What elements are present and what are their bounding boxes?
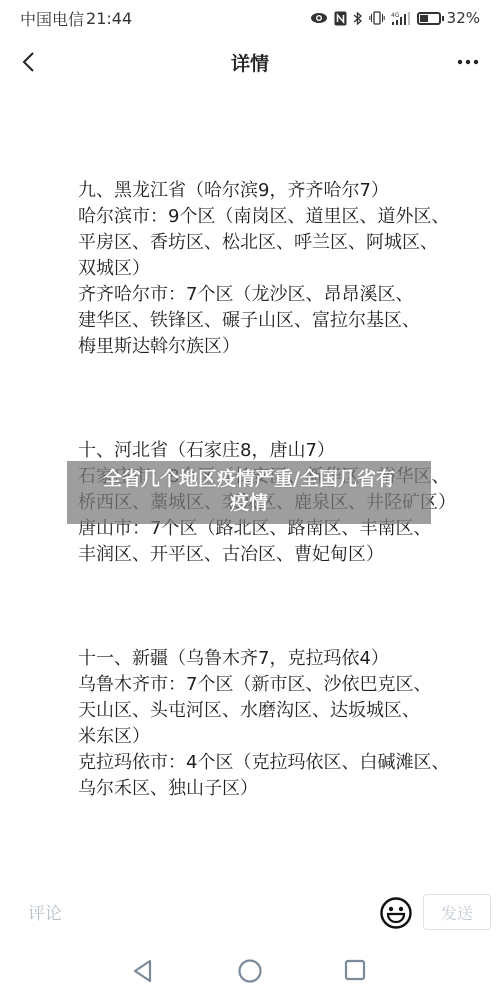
status-right: 4G 32% [310, 9, 480, 27]
send-button[interactable]: 发送 [423, 894, 491, 930]
text-line: 米东区） [78, 724, 488, 750]
overlay-title-banner: 全省几个地区疫情严重/全国几省有 疫情 [67, 461, 431, 524]
eye-icon [310, 10, 328, 26]
comment-input[interactable] [28, 900, 348, 928]
status-bar: 中国电信 21:44 4G 32% [0, 0, 500, 36]
text-line: 建华区、铁锋区、碾子山区、富拉尔基区、 [78, 308, 488, 334]
section-heilongjiang: 九、黑龙江省（哈尔滨9，齐齐哈尔7） 哈尔滨市：9个区（南岗区、道里区、道外区、… [78, 178, 488, 360]
section-heading: 九、黑龙江省（哈尔滨9，齐齐哈尔7） [78, 178, 488, 204]
status-left: 中国电信 21:44 [20, 7, 132, 30]
clock: 21:44 [86, 9, 132, 28]
square-recents-icon [343, 958, 367, 982]
text-line: 双城区） [78, 256, 488, 282]
carrier-name: 中国电信 [20, 7, 84, 30]
text-line: 梅里斯达斡尔族区） [78, 334, 488, 360]
signal-4g-icon: 4G [391, 10, 411, 26]
section-spacer [78, 568, 488, 646]
circle-home-icon [237, 958, 263, 984]
more-horizontal-icon [457, 59, 479, 65]
system-nav-bar [0, 950, 500, 986]
vibrate-icon [369, 10, 385, 26]
text-line: 乌尔禾区、独山子区） [78, 776, 488, 802]
svg-text:4G: 4G [391, 12, 400, 19]
more-button[interactable] [452, 46, 484, 78]
nfc-icon [334, 10, 347, 26]
comment-bar: 发送 [0, 890, 500, 938]
banner-line-1: 全省几个地区疫情严重/全国几省有 [67, 467, 431, 491]
section-xinjiang: 十一、新疆（乌鲁木齐7，克拉玛依4） 乌鲁木齐市：7个区（新市区、沙依巴克区、 … [78, 646, 488, 802]
text-line: 平房区、香坊区、松北区、呼兰区、阿城区、 [78, 230, 488, 256]
page-title: 详情 [231, 49, 269, 76]
smiley-icon [379, 896, 413, 930]
text-line: 丰润区、开平区、古冶区、曹妃甸区） [78, 542, 488, 568]
bluetooth-icon [353, 10, 363, 26]
battery-icon [417, 12, 441, 25]
text-line: 乌鲁木齐市：7个区（新市区、沙依巴克区、 [78, 672, 488, 698]
system-home-button[interactable] [237, 958, 265, 986]
back-button[interactable] [12, 46, 44, 78]
banner-line-2: 疫情 [67, 491, 431, 515]
nav-bar: 详情 [0, 40, 500, 84]
battery-percent: 32% [447, 9, 480, 27]
section-heading: 十一、新疆（乌鲁木齐7，克拉玛依4） [78, 646, 488, 672]
section-spacer [78, 360, 488, 438]
system-recents-button[interactable] [343, 958, 371, 986]
system-back-button[interactable] [131, 958, 159, 986]
text-line: 齐齐哈尔市：7个区（龙沙区、昂昂溪区、 [78, 282, 488, 308]
text-line: 天山区、头屯河区、水磨沟区、达坂城区、 [78, 698, 488, 724]
triangle-back-icon [131, 958, 155, 984]
chevron-left-icon [21, 51, 35, 73]
emoji-button[interactable] [379, 896, 413, 930]
text-line: 哈尔滨市：9个区（南岗区、道里区、道外区、 [78, 204, 488, 230]
text-line: 克拉玛依市：4个区（克拉玛依区、白碱滩区、 [78, 750, 488, 776]
